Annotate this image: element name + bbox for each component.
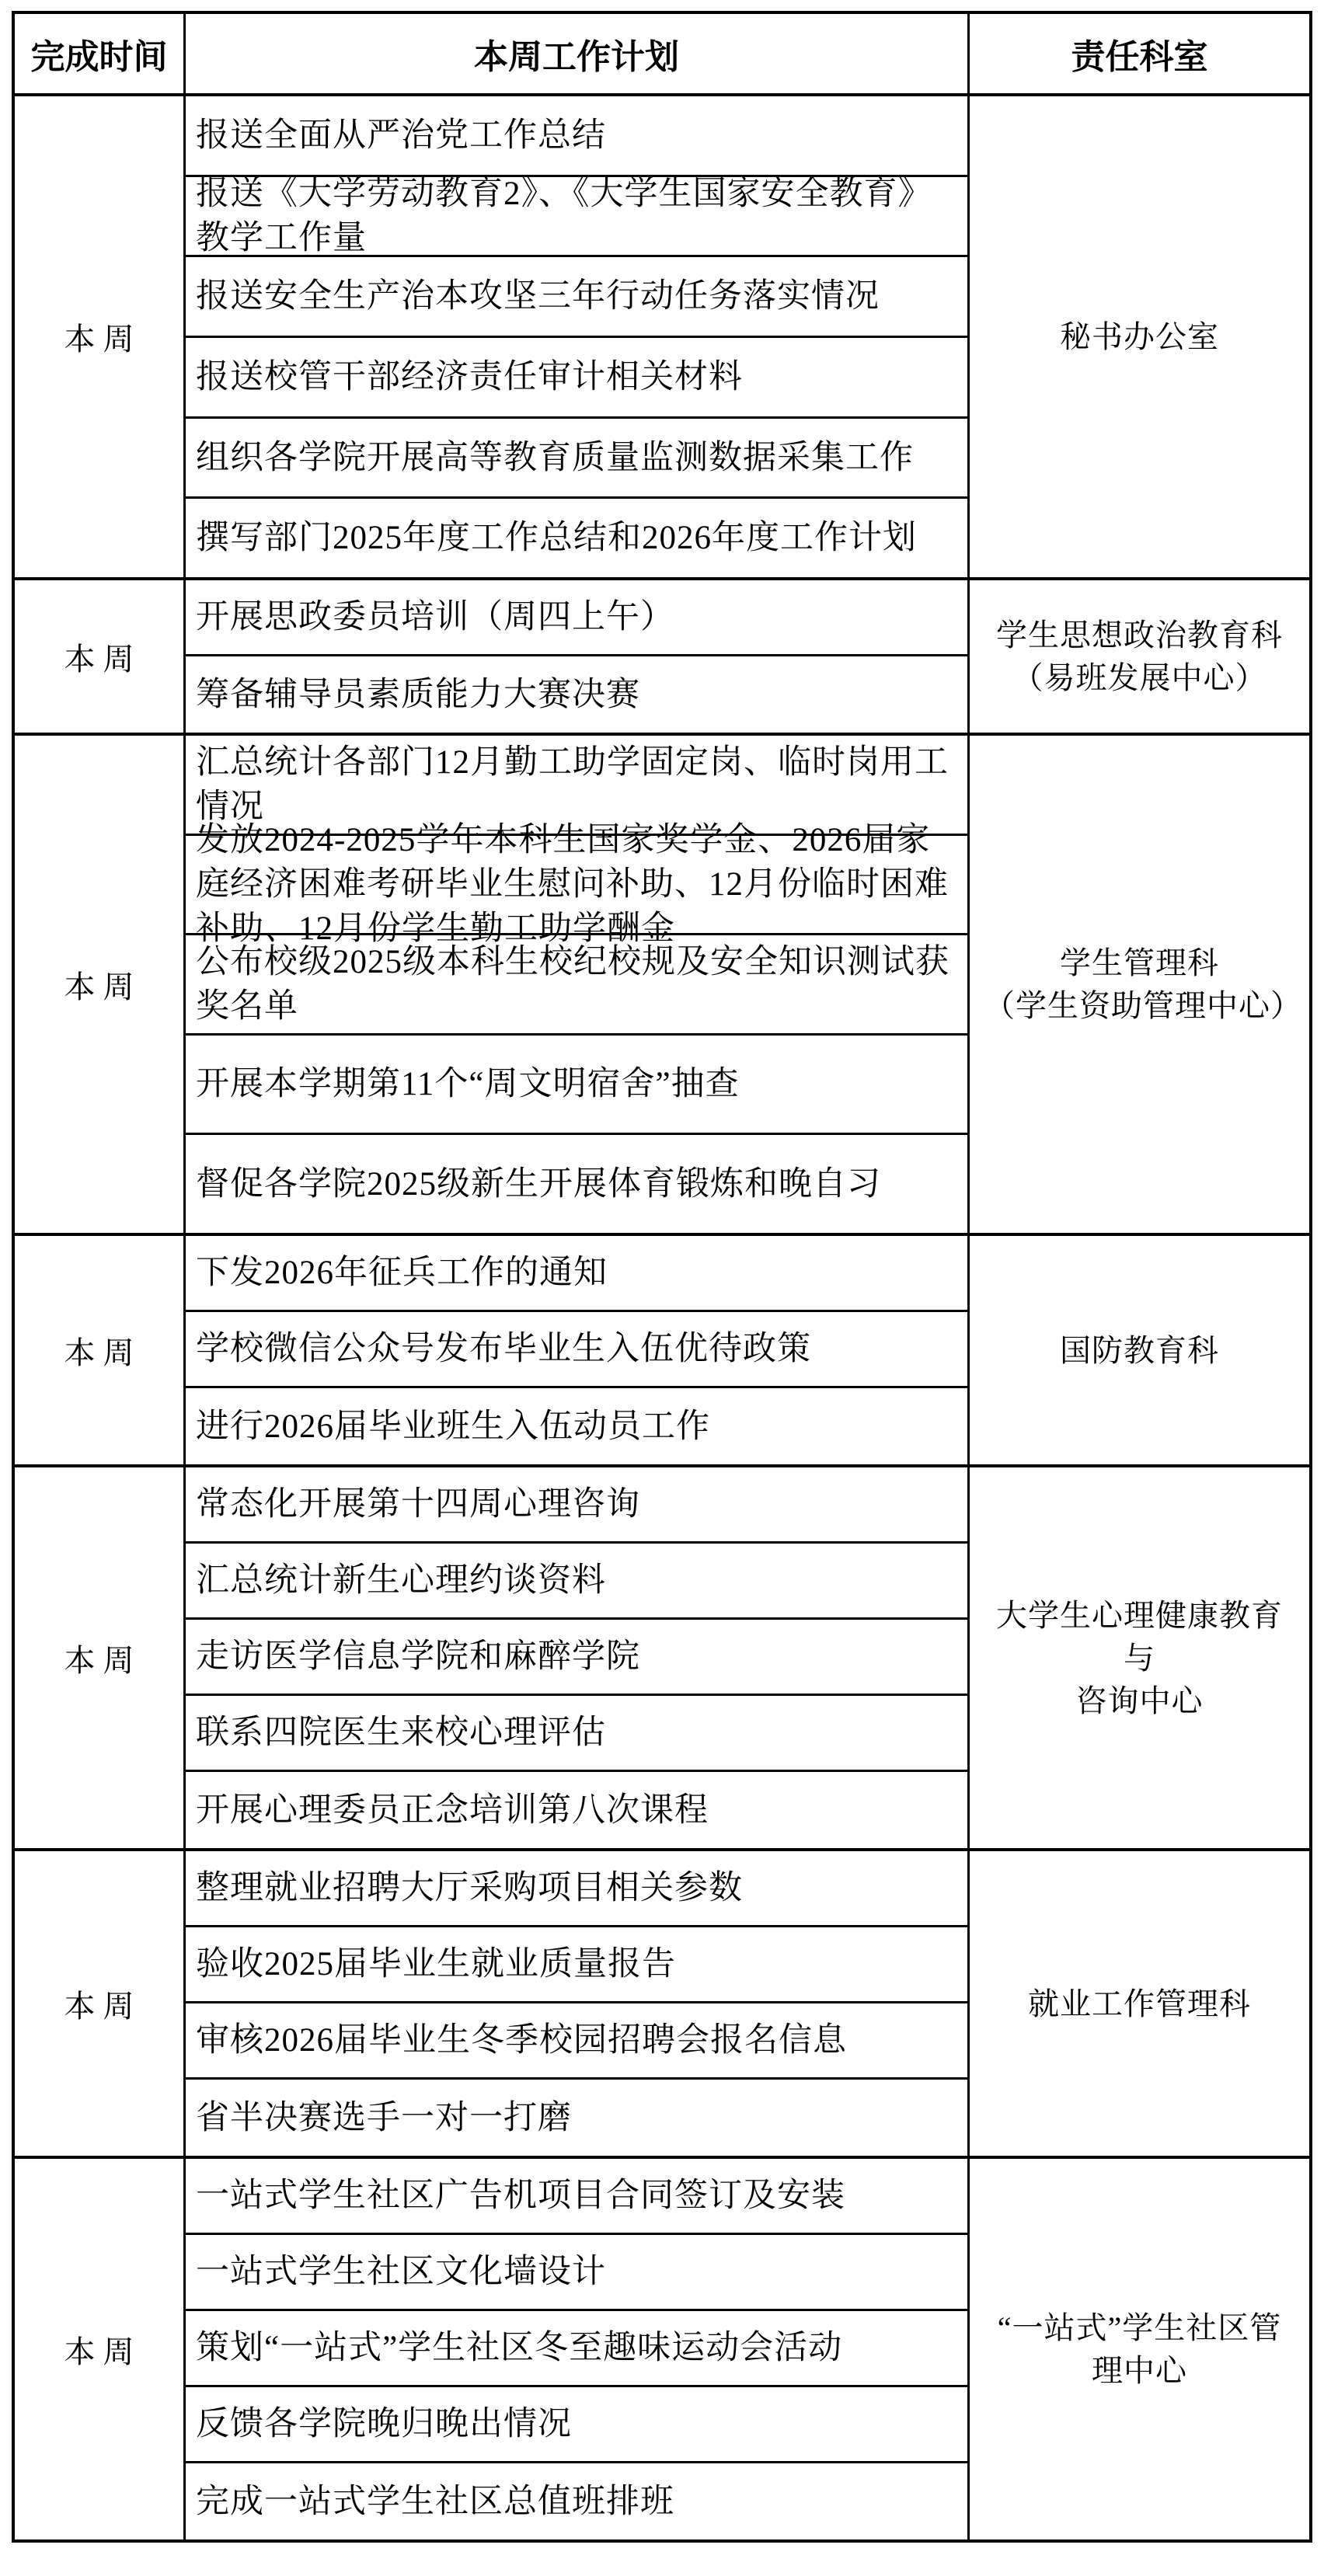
plan-group-ideological-education: 本周 开展思政委员培训（周四上午） 筹备辅导员素质能力大赛决赛 学生思想政治教育… xyxy=(15,580,1309,736)
task-row: 反馈各学院晚归晚出情况 xyxy=(186,2387,967,2463)
task-row: 完成一站式学生社区总值班排班 xyxy=(186,2463,967,2539)
header-cell-plan: 本周工作计划 xyxy=(186,14,970,93)
task-list: 常态化开展第十四周心理咨询 汇总统计新生心理约谈资料 走访医学信息学院和麻醉学院… xyxy=(186,1467,970,1848)
task-row: 组织各学院开展高等教育质量监测数据采集工作 xyxy=(186,419,967,500)
task-row: 筹备辅导员素质能力大赛决赛 xyxy=(186,656,967,733)
task-text: 开展思政委员培训（周四上午） xyxy=(196,595,674,639)
task-row: 一站式学生社区文化墙设计 xyxy=(186,2235,967,2311)
plan-group-national-defense: 本周 下发2026年征兵工作的通知 学校微信公众号发布毕业生入伍优待政策 进行2… xyxy=(15,1236,1309,1467)
task-list: 下发2026年征兵工作的通知 学校微信公众号发布毕业生入伍优待政策 进行2026… xyxy=(186,1236,970,1464)
task-text: 报送校管干部经济责任审计相关材料 xyxy=(196,355,743,399)
task-row: 审核2026届毕业生冬季校园招聘会报名信息 xyxy=(186,2003,967,2080)
task-list: 开展思政委员培训（周四上午） 筹备辅导员素质能力大赛决赛 xyxy=(186,580,970,733)
time-cell: 本周 xyxy=(15,2159,186,2539)
task-text: 报送《大学劳动教育2》、《大学生国家安全教育》教学工作量 xyxy=(196,172,958,260)
task-text: 进行2026届毕业班生入伍动员工作 xyxy=(196,1405,710,1449)
task-text: 常态化开展第十四周心理咨询 xyxy=(196,1482,640,1526)
task-row: 开展心理委员正念培训第八次课程 xyxy=(186,1772,967,1848)
task-text: 组织各学院开展高等教育质量监测数据采集工作 xyxy=(196,436,914,480)
task-text: 督促各学院2025级新生开展体育锻炼和晚自习 xyxy=(196,1162,881,1206)
plan-group-one-stop-community: 本周 一站式学生社区广告机项目合同签订及安装 一站式学生社区文化墙设计 策划“一… xyxy=(15,2159,1309,2539)
task-row: 汇总统计新生心理约谈资料 xyxy=(186,1544,967,1620)
task-text: 报送安全生产治本攻坚三年行动任务落实情况 xyxy=(196,274,880,319)
time-cell: 本周 xyxy=(15,96,186,577)
task-row: 一站式学生社区广告机项目合同签订及安装 xyxy=(186,2159,967,2235)
time-cell: 本周 xyxy=(15,736,186,1233)
task-text: 开展心理委员正念培训第八次课程 xyxy=(196,1788,709,1833)
page: 完成时间 本周工作计划 责任科室 本周 报送全面从严治党工作总结 报送《大学劳动… xyxy=(0,0,1324,2576)
task-row: 公布校级2025级本科生校纪校规及安全知识测试获奖名单 xyxy=(186,935,967,1036)
task-text: 省半决赛选手一对一打磨 xyxy=(196,2096,572,2140)
task-text: 公布校级2025级本科生校纪校规及安全知识测试获奖名单 xyxy=(196,940,958,1029)
task-row: 走访医学信息学院和麻醉学院 xyxy=(186,1620,967,1696)
task-row: 报送全面从严治党工作总结 xyxy=(186,96,967,177)
task-list: 汇总统计各部门12月勤工助学固定岗、临时岗用工情况 发放2024-2025学年本… xyxy=(186,736,970,1233)
header-cell-time: 完成时间 xyxy=(15,14,186,93)
header-cell-department: 责任科室 xyxy=(970,14,1309,93)
task-text: 筹备辅导员素质能力大赛决赛 xyxy=(196,673,640,717)
time-cell: 本周 xyxy=(15,1467,186,1848)
task-list: 报送全面从严治党工作总结 报送《大学劳动教育2》、《大学生国家安全教育》教学工作… xyxy=(186,96,970,577)
plan-group-student-management: 本周 汇总统计各部门12月勤工助学固定岗、临时岗用工情况 发放2024-2025… xyxy=(15,736,1309,1236)
task-text: 开展本学期第11个“周文明宿舍”抽查 xyxy=(196,1062,740,1106)
task-text: 下发2026年征兵工作的通知 xyxy=(196,1251,608,1295)
department-cell: 秘书办公室 xyxy=(970,96,1309,577)
task-text: 反馈各学院晚归晚出情况 xyxy=(196,2402,572,2446)
task-row: 联系四院医生来校心理评估 xyxy=(186,1696,967,1772)
department-cell: 国防教育科 xyxy=(970,1236,1309,1464)
task-text: 验收2025届毕业生就业质量报告 xyxy=(196,1942,676,1986)
task-row: 开展本学期第11个“周文明宿舍”抽查 xyxy=(186,1036,967,1136)
department-cell: 学生思想政治教育科 （易班发展中心） xyxy=(970,580,1309,733)
task-text: 审核2026届毕业生冬季校园招聘会报名信息 xyxy=(196,2018,847,2063)
time-cell: 本周 xyxy=(15,580,186,733)
plan-group-employment: 本周 整理就业招聘大厅采购项目相关参数 验收2025届毕业生就业质量报告 审核2… xyxy=(15,1851,1309,2159)
task-row: 学校微信公众号发布毕业生入伍优待政策 xyxy=(186,1312,967,1388)
task-text: 发放2024-2025学年本科生国家奖学金、2026届家庭经济困难考研毕业生慰问… xyxy=(196,818,958,951)
task-text: 联系四院医生来校心理评估 xyxy=(196,1711,606,1755)
department-cell: 大学生心理健康教育与 咨询中心 xyxy=(970,1467,1309,1848)
task-row: 发放2024-2025学年本科生国家奖学金、2026届家庭经济困难考研毕业生慰问… xyxy=(186,836,967,936)
task-row: 督促各学院2025级新生开展体育锻炼和晚自习 xyxy=(186,1135,967,1233)
weekly-work-plan-table: 完成时间 本周工作计划 责任科室 本周 报送全面从严治党工作总结 报送《大学劳动… xyxy=(12,11,1312,2543)
task-text: 一站式学生社区文化墙设计 xyxy=(196,2250,606,2294)
department-cell: 就业工作管理科 xyxy=(970,1851,1309,2156)
task-text: 报送全面从严治党工作总结 xyxy=(196,113,606,158)
task-row: 验收2025届毕业生就业质量报告 xyxy=(186,1927,967,2003)
task-row: 报送安全生产治本攻坚三年行动任务落实情况 xyxy=(186,257,967,338)
task-row: 常态化开展第十四周心理咨询 xyxy=(186,1467,967,1544)
task-list: 整理就业招聘大厅采购项目相关参数 验收2025届毕业生就业质量报告 审核2026… xyxy=(186,1851,970,2156)
task-row: 下发2026年征兵工作的通知 xyxy=(186,1236,967,1312)
department-cell: 学生管理科 （学生资助管理中心） xyxy=(970,736,1309,1233)
task-list: 一站式学生社区广告机项目合同签订及安装 一站式学生社区文化墙设计 策划“一站式”… xyxy=(186,2159,970,2539)
task-row: 开展思政委员培训（周四上午） xyxy=(186,580,967,656)
task-row: 报送《大学劳动教育2》、《大学生国家安全教育》教学工作量 xyxy=(186,177,967,258)
time-cell: 本周 xyxy=(15,1236,186,1464)
task-row: 整理就业招聘大厅采购项目相关参数 xyxy=(186,1851,967,1927)
task-text: 学校微信公众号发布毕业生入伍优待政策 xyxy=(196,1327,811,1371)
task-text: 一站式学生社区广告机项目合同签订及安装 xyxy=(196,2174,845,2218)
task-text: 汇总统计各部门12月勤工助学固定岗、临时岗用工情况 xyxy=(196,740,958,829)
task-text: 完成一站式学生社区总值班排班 xyxy=(196,2480,674,2524)
plan-group-mental-health: 本周 常态化开展第十四周心理咨询 汇总统计新生心理约谈资料 走访医学信息学院和麻… xyxy=(15,1467,1309,1851)
plan-group-secretary-office: 本周 报送全面从严治党工作总结 报送《大学劳动教育2》、《大学生国家安全教育》教… xyxy=(15,96,1309,580)
task-row: 进行2026届毕业班生入伍动员工作 xyxy=(186,1388,967,1464)
task-text: 走访医学信息学院和麻醉学院 xyxy=(196,1634,640,1679)
header-row: 完成时间 本周工作计划 责任科室 xyxy=(15,14,1309,96)
time-cell: 本周 xyxy=(15,1851,186,2156)
task-text: 汇总统计新生心理约谈资料 xyxy=(196,1558,606,1603)
task-row: 策划“一站式”学生社区冬至趣味运动会活动 xyxy=(186,2311,967,2387)
task-row: 报送校管干部经济责任审计相关材料 xyxy=(186,338,967,419)
department-cell: “一站式”学生社区管 理中心 xyxy=(970,2159,1309,2539)
task-row: 省半决赛选手一对一打磨 xyxy=(186,2080,967,2156)
task-text: 策划“一站式”学生社区冬至趣味运动会活动 xyxy=(196,2326,842,2370)
task-text: 整理就业招聘大厅采购项目相关参数 xyxy=(196,1866,743,1910)
task-row: 撰写部门2025年度工作总结和2026年度工作计划 xyxy=(186,499,967,577)
task-text: 撰写部门2025年度工作总结和2026年度工作计划 xyxy=(196,516,917,560)
